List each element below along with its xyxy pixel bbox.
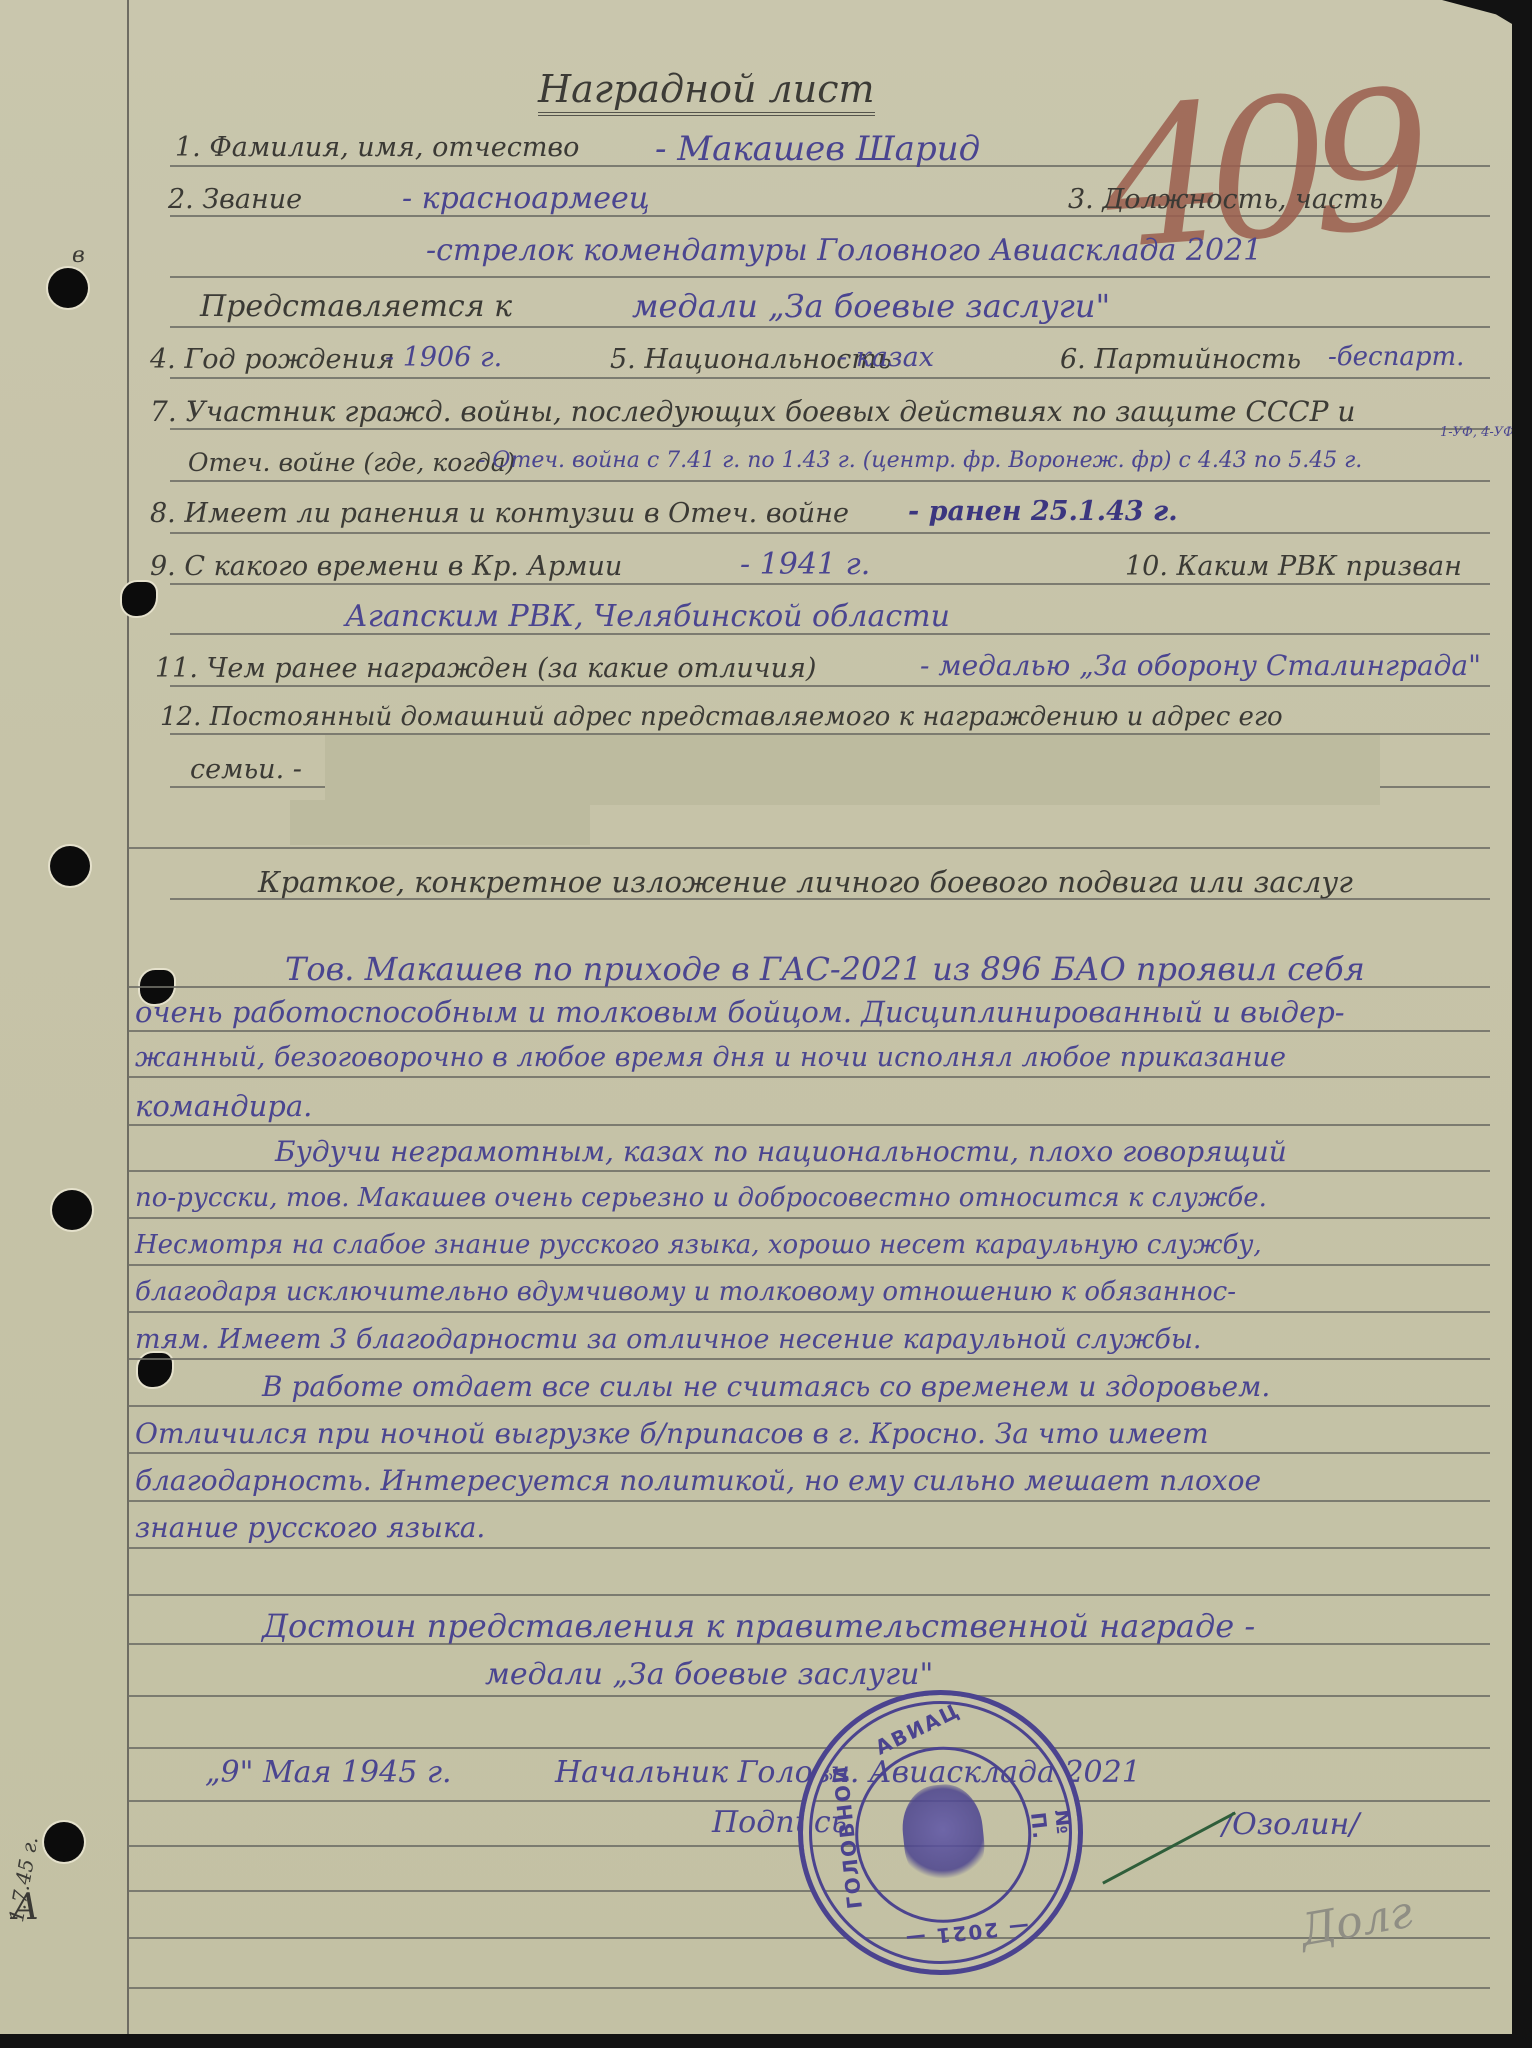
redacted-address [290,800,590,845]
margin-line [127,0,129,2035]
state-emblem-icon [898,1781,988,1889]
ruled-line [128,1217,1490,1219]
ruled-line [170,583,1490,585]
field-6-label: 6. Партийность [1060,346,1301,373]
scan-border [1512,0,1532,2048]
presented-value: медали „За боевые заслуги" [632,290,1110,322]
ruled-line [128,1124,1490,1126]
field-7-note: 1-УФ, 4-УФ [1440,426,1514,439]
field-5-value: - казах [838,344,934,371]
ruled-line [128,1747,1490,1749]
narrative-line: благодаря исключительно вдумчивому и тол… [135,1279,1236,1305]
field-12-label-2: семьи. - [190,756,302,783]
ruled-line [128,1264,1490,1266]
ruled-line [128,1547,1490,1549]
narrative-line: тям. Имеет 3 благодарности за отличное н… [135,1326,1202,1353]
document-paper: в Наградной лист 409 1. Фамилия, имя, от… [0,0,1512,2035]
ruled-line [128,1030,1490,1032]
field-7-label: 7. Участник гражд. войны, последующих бо… [150,398,1355,426]
ruled-line [128,1311,1490,1313]
ruled-line [128,1695,1490,1697]
field-9-label: 9. С какого времени в Кр. Армии [150,553,622,580]
conclusion-line-2: медали „За боевые заслуги" [485,1660,933,1690]
ruled-line [170,532,1490,534]
field-4-label: 4. Год рождения [150,346,395,373]
narrative-line: жанный, безоговорочно в любое время дня … [135,1044,1286,1071]
narrative-line: благодарность. Интересуется политикой, н… [135,1467,1261,1495]
ruled-line [170,685,1490,687]
punch-hole [122,582,156,616]
field-3-value: -стрелок комендатуры Головного Авиасклад… [426,236,1262,266]
punch-hole [50,846,90,886]
ruled-line [170,377,1490,379]
conclusion-line-1: Достоин представления к правительственно… [262,1610,1255,1642]
field-7-label-2: Отеч. войне (где, когда) [188,450,515,475]
scan-border [0,2034,1532,2048]
stamp-right-text: № П. [1026,1808,1079,1866]
narrative-line: Отличился при ночной выгрузке б/припасов… [135,1420,1209,1448]
ruled-line [128,1937,1490,1939]
narrative-heading: Краткое, конкретное изложение личного бо… [258,868,1353,897]
ruled-line [170,428,1490,430]
narrative-line: В работе отдает все силы не считаясь со … [262,1373,1270,1401]
ruled-line [128,1987,1490,1989]
field-3-label: 3. Должность, часть [1068,186,1383,213]
narrative-line: Будучи неграмотным, казах по национально… [275,1138,1287,1166]
ruled-line [128,1405,1490,1407]
ruled-line [128,847,1490,849]
narrative-line: командира. [135,1092,312,1121]
ruled-line [128,1076,1490,1078]
field-9-value: - 1941 г. [740,550,870,580]
bottom-right-signature: Долг [1297,1891,1415,1954]
signature-name: /Озолин/ [1222,1810,1359,1840]
narrative-line: знание русского языка. [135,1514,485,1542]
official-stamp: АВИАЦ ГОЛОВНОЙ — 2021 — № П. [784,1676,1097,1989]
field-6-value: -беспарт. [1328,344,1464,370]
field-8-value: - ранен 25.1.43 г. [908,498,1178,525]
punch-hole [44,1822,84,1862]
narrative-line: Тов. Макашев по приходе в ГАС-2021 из 89… [285,953,1365,985]
presented-label: Представляется к [200,292,512,322]
redacted-address [325,735,1380,805]
field-8-label: 8. Имеет ли ранения и контузии в Отеч. в… [150,500,849,527]
ruled-line [128,1594,1490,1596]
ruled-line [170,480,1490,482]
ruled-line [128,1170,1490,1172]
field-7-value: - Отеч. война с 7.41 г. по 1.43 г. (цент… [478,450,1362,472]
field-1-label: 1. Фамилия, имя, отчество [175,134,579,161]
ruled-line [128,1500,1490,1502]
field-2-value: - красноармеец [402,184,650,214]
margin-mark: в [72,245,85,267]
margin-initials: А [12,1890,39,1926]
narrative-line: очень работоспособным и толковым бойцом.… [135,998,1345,1027]
field-10-label: 10. Каким РВК призван [1125,553,1462,580]
ruled-line [170,326,1490,328]
field-2-label: 2. Звание [168,186,302,213]
field-12-label: 12. Постоянный домашний адрес представля… [160,704,1283,730]
field-1-value: - Макашев Шарид [655,132,980,166]
stamp-inner-ring [847,1738,1040,1931]
signature-date: „9" Мая 1945 г. [205,1758,452,1788]
document-title: Наградной лист [538,70,875,116]
field-10-value: Агапским РВК, Челябинской области [345,602,950,632]
ruled-line [128,1358,1490,1360]
field-11-label: 11. Чем ранее награжден (за какие отличи… [155,655,816,682]
ruled-line [128,1890,1490,1892]
ruled-line [128,1452,1490,1454]
field-4-value: - 1906 г. [385,344,502,371]
field-11-value: - медалью „За оборону Сталинграда" [920,652,1481,680]
narrative-line: по-русски, тов. Макашев очень серьезно и… [135,1185,1267,1211]
punch-hole [48,268,88,308]
narrative-line: Несмотря на слабое знание русского языка… [135,1232,1262,1258]
punch-hole [52,1190,92,1230]
